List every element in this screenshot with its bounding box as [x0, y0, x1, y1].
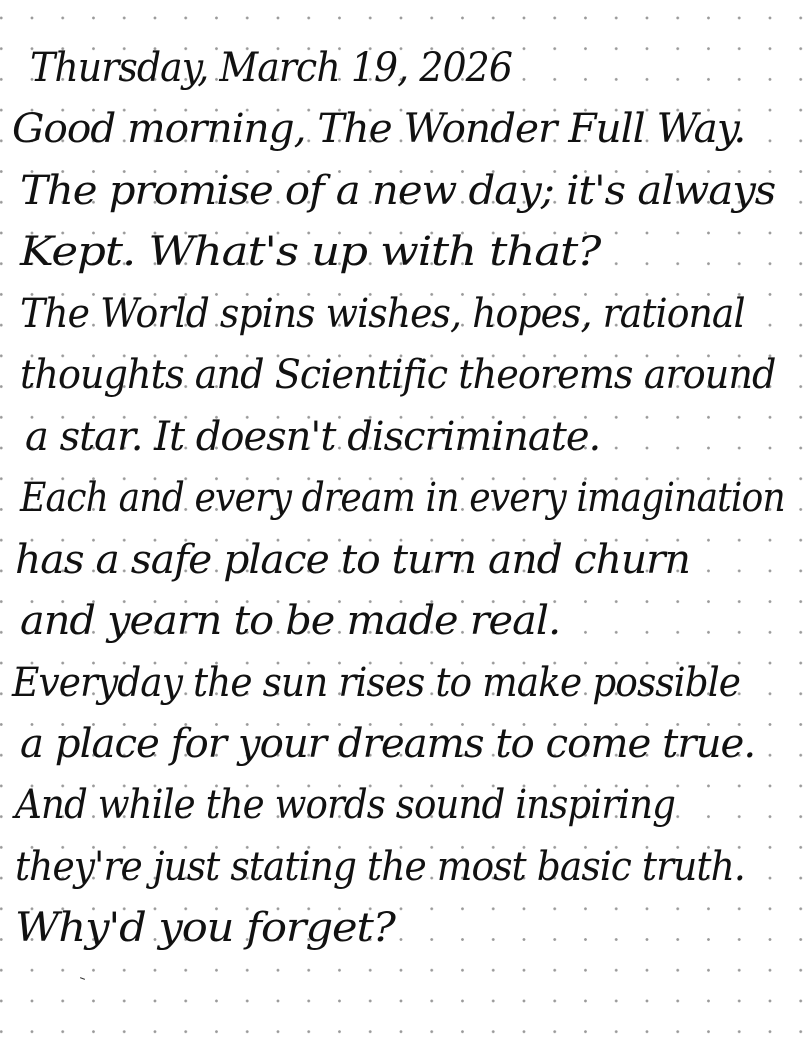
journal-line: a place for your dreams to come true. [20, 724, 755, 764]
journal-line: and yearn to be made real. [20, 601, 560, 641]
journal-line: has a safe place to turn and churn [15, 540, 690, 580]
journal-line: Why'd you forget? [15, 908, 395, 948]
journal-line: Good morning, The Wonder Full Way. [12, 109, 745, 149]
ink-mark [80, 977, 85, 980]
journal-line: And while the words sound inspiring [15, 785, 675, 825]
journal-line: The promise of a new day; it's always [20, 171, 775, 211]
journal-date: Thursday, March 19, 2026 [30, 48, 512, 88]
journal-line: Everyday the sun rises to make possible [12, 663, 740, 703]
dot-grid-page: Thursday, March 19, 2026 Good morning, T… [0, 0, 803, 1045]
journal-line: Kept. What's up with that? [20, 232, 600, 272]
journal-line: The World spins wishes, hopes, rational [20, 294, 745, 334]
journal-line: Each and every dream in every imaginatio… [20, 478, 785, 518]
journal-line: thoughts and Scientific theorems around [20, 355, 775, 395]
journal-line: they're just stating the most basic trut… [15, 847, 745, 887]
journal-line: a star. It doesn't discriminate. [25, 417, 600, 457]
